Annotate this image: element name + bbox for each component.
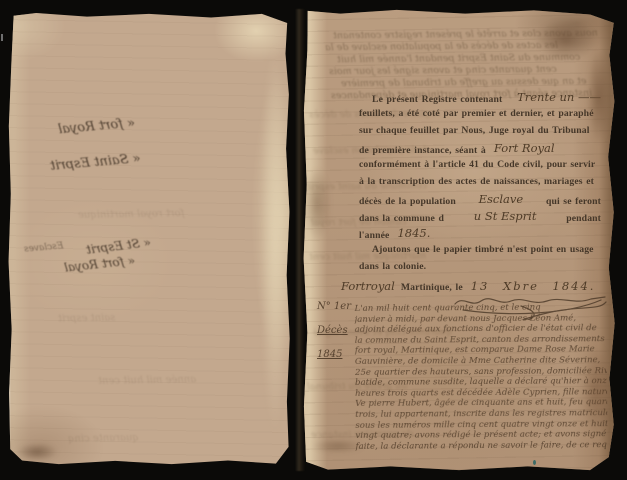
formula-line: Ajoutons que le papier timbré n'est poin… (359, 244, 601, 261)
scanner-edge-speck (1, 34, 3, 41)
bleed-text-fort-royal-lower: « fort Royal (63, 253, 135, 274)
bleed-text-st-esprit-lower: « St Esprit (85, 235, 151, 257)
printed-text: dans la commune d (359, 213, 444, 224)
scanned-register-spread: « fort Royal « Saint Esprit « St Esprit … (0, 0, 627, 480)
ink-speck (533, 460, 536, 465)
faint-bleed-line: année mil huit cent (98, 374, 196, 387)
printed-text: conformément à l'article 41 du Code civi… (359, 159, 595, 170)
printed-text: qui se feront (546, 196, 601, 207)
printed-text: l'année (359, 230, 389, 241)
bleed-text-saint-esprit-upper: « Saint Esprit (50, 151, 142, 174)
formula-line: dans la colonie. (359, 261, 601, 278)
printed-text: Ajoutons que le papier timbré n'est poin… (359, 244, 594, 255)
bleed-line: nous avons clos et arrêté le présent reg… (333, 28, 598, 42)
handwritten-folio-count: Trente un —— (504, 90, 601, 104)
printed-text: pendant (566, 213, 601, 224)
printed-text: à la transcription des actes de naissanc… (359, 176, 594, 187)
handwritten-year: 1845. (397, 226, 430, 240)
handwritten-commune: u St Esprit (474, 209, 537, 223)
printed-text: Le présent Registre contenant (359, 94, 502, 105)
printed-text: feuillets, a été coté par premier et der… (359, 108, 594, 119)
formula-line: Le présent Registre contenant Trente un … (359, 91, 601, 108)
page-edge-highlight (8, 343, 10, 441)
printed-text: sur chaque feuillet par Nous, Juge royal… (359, 125, 590, 136)
printed-text: décès de la population (359, 196, 456, 207)
paper-stain (16, 443, 58, 461)
bleed-text-esclaves: Esclaves (24, 241, 64, 254)
left-page: « fort Royal « Saint Esprit « St Esprit … (8, 13, 290, 465)
formula-line: l'année 1845. (359, 227, 601, 244)
handwritten-population: Esclave (479, 192, 524, 206)
formula-line: dans la commune d u St Esprit pendant (359, 210, 601, 227)
formula-line: à la transcription des actes de naissanc… (359, 176, 601, 193)
printed-text: dans la colonie. (359, 261, 426, 272)
bleed-text-fort-royal-upper: « fort Royal (57, 116, 135, 138)
paper-stain (303, 167, 331, 241)
formula-line: conformément à l'article 41 du Code civi… (359, 159, 601, 176)
formula-line: sur chaque feuillet par Nous, Juge royal… (359, 125, 601, 142)
faint-bleed-line: quarante cinq (68, 432, 139, 444)
act-line: faite, la déclarante a répondu ne savoir… (355, 440, 607, 452)
torn-edge-highlight (260, 43, 290, 433)
faint-bleed-line: saint esprit (58, 313, 116, 325)
formula-line: de première instance, séant à Fort Royal (359, 142, 601, 159)
printed-text: de première instance, séant à (359, 145, 486, 156)
printed-register-formula: Le présent Registre contenant Trente un … (359, 91, 601, 278)
handwritten-court-seat: Fort Royal (494, 141, 555, 155)
right-page: nous avons clos et arrêté le présent reg… (303, 9, 615, 471)
bleed-line: cent quarante cinq et avons signé les jo… (329, 64, 557, 77)
binding-crease (295, 9, 305, 471)
handwritten-place: Fortroyal (341, 279, 395, 293)
faint-bleed-line: fort royal martinique (78, 208, 185, 221)
bleed-line: les actes de décès de la population escl… (325, 40, 558, 53)
handwritten-act-body: L'an mil huit cent quarante cinq, et le … (354, 302, 607, 452)
formula-line: décès de la population Esclave qui se fe… (359, 193, 601, 210)
formula-line: feuillets, a été coté par premier et der… (359, 108, 601, 125)
